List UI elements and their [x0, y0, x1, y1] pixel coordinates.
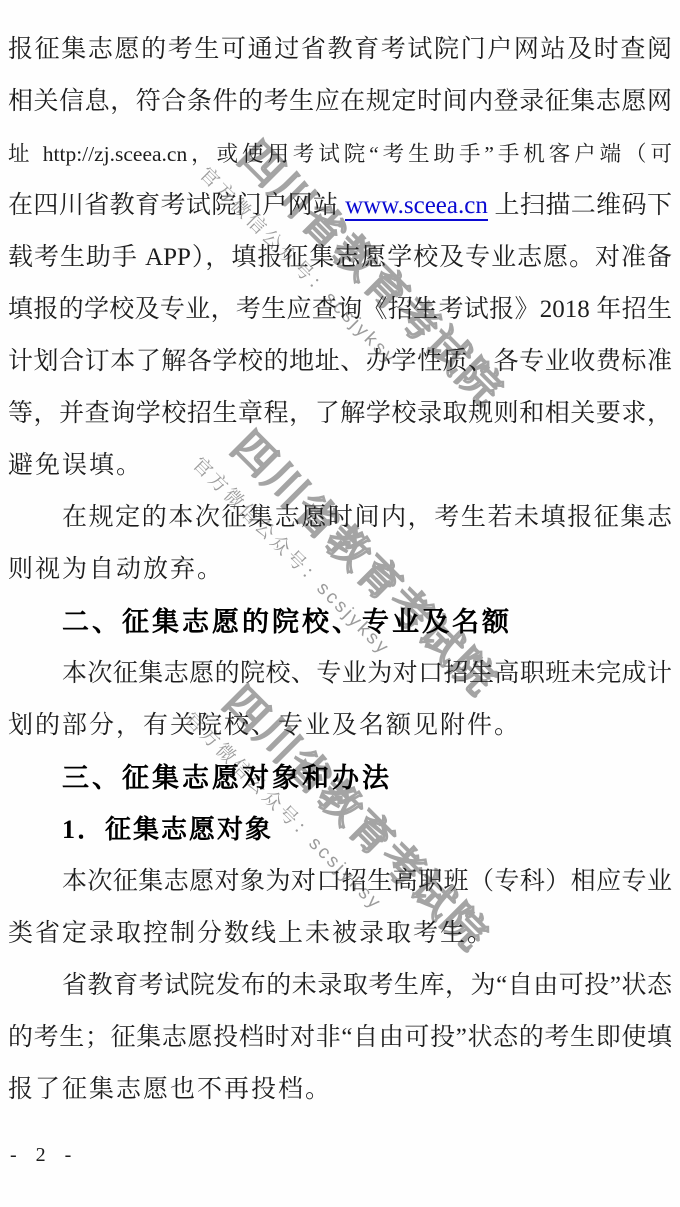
body-line: 报了征集志愿也不再投档。 — [8, 1064, 672, 1116]
body-line: 载考生助手 APP），填报征集志愿学校及专业志愿。对准备 — [8, 232, 672, 284]
page-number: - 2 - — [10, 1144, 78, 1167]
document-page: 四川省教育考试院 官方微信公众号：scsjyksy 四川省教育考试院 官方微信公… — [0, 0, 680, 1207]
body-line: 省教育考试院发布的未录取考生库，为“自由可投”状态 — [8, 960, 672, 1012]
body-line: 的考生；征集志愿投档时对非“自由可投”状态的考生即使填 — [8, 1012, 672, 1064]
sceea-website-link[interactable]: www.sceea.cn — [345, 192, 488, 221]
body-line: 划的部分，有关院校、专业及名额见附件。 — [8, 700, 672, 752]
body-line: 本次征集志愿对象为对口招生高职班（专科）相应专业 — [8, 856, 672, 908]
body-line-with-link: 在四川省教育考试院门户网站 www.sceea.cn 上扫描二维码下 — [8, 180, 672, 232]
body-line: 相关信息，符合条件的考生应在规定时间内登录征集志愿网 — [8, 76, 672, 128]
link-line-prefix: 在四川省教育考试院门户网站 — [8, 192, 345, 219]
body-line: 址 http://zj.sceea.cn，或使用考试院“考生助手”手机客户端（可 — [8, 128, 672, 180]
subsection-heading-1: 1．征集志愿对象 — [8, 804, 672, 856]
link-line-suffix: 上扫描二维码下 — [488, 192, 672, 219]
section-heading-2: 二、征集志愿的院校、专业及名额 — [8, 596, 672, 648]
body-line: 等，并查询学校招生章程，了解学校录取规则和相关要求， — [8, 388, 672, 440]
body-line: 计划合订本了解各学校的地址、办学性质、各专业收费标准 — [8, 336, 672, 388]
body-line: 本次征集志愿的院校、专业为对口招生高职班未完成计 — [8, 648, 672, 700]
body-line: 则视为自动放弃。 — [8, 544, 672, 596]
body-line: 避免误填。 — [8, 440, 672, 492]
section-heading-3: 三、征集志愿对象和办法 — [8, 752, 672, 804]
body-line: 在规定的本次征集志愿时间内，考生若未填报征集志愿， — [8, 492, 672, 544]
body-line: 报征集志愿的考生可通过省教育考试院门户网站及时查阅 — [8, 24, 672, 76]
body-line: 类省定录取控制分数线上未被录取考生。 — [8, 908, 672, 960]
body-line: 填报的学校及专业，考生应查询《招生考试报》2018 年招生 — [8, 284, 672, 336]
document-body: 报征集志愿的考生可通过省教育考试院门户网站及时查阅 相关信息，符合条件的考生应在… — [0, 0, 680, 1116]
